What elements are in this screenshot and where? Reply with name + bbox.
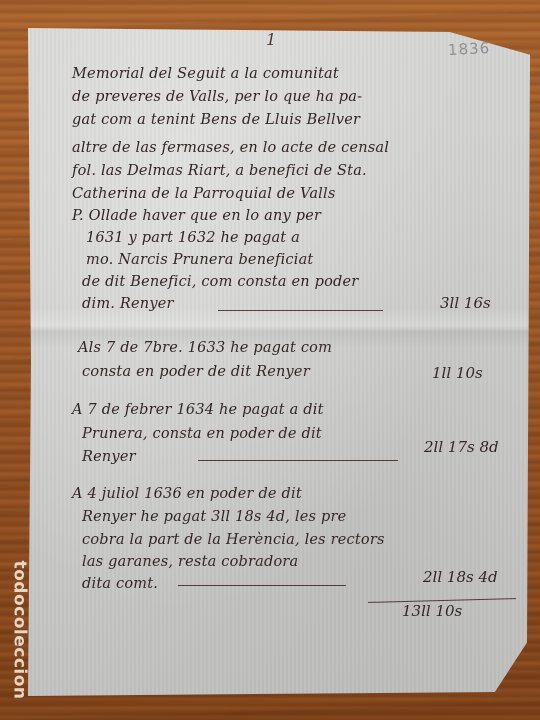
archive-pencil-number: 1836 (448, 39, 491, 59)
ledger-rule (178, 585, 346, 586)
manuscript-line: mo. Narcis Prunera beneficiat (86, 252, 313, 268)
manuscript-line: dita comt. (82, 576, 158, 592)
amount-value: 3ll 16s (440, 294, 491, 312)
manuscript-line: fol. las Delmas Riart, a benefici de Sta… (72, 163, 367, 179)
manuscript-line: cobra la part de la Herència, les rector… (82, 532, 385, 548)
amount-value: 2ll 17s 8d (424, 438, 499, 456)
amount-value: 1ll 10s (432, 364, 483, 382)
ledger-rule (198, 460, 398, 461)
todocoleccion-watermark: todocoleccion (9, 545, 31, 715)
manuscript-line: Renyer he pagat 3ll 18s 4d, les pre (82, 509, 346, 525)
manuscript-page: 1 1836 Memorial del Seguit a la comunita… (28, 28, 530, 696)
manuscript-line: P. Ollade haver que en lo any per (72, 208, 321, 224)
manuscript-line: Prunera, consta en poder de dit (82, 426, 322, 442)
manuscript-line: 1631 y part 1632 he pagat a (86, 230, 300, 246)
manuscript-line: de dit Benefici, com consta en poder (82, 274, 358, 290)
ledger-rule (218, 310, 383, 311)
total-amount: 13ll 10s (402, 602, 462, 620)
folio-mark: 1 (266, 30, 276, 49)
manuscript-line: Memorial del Seguit a la comunitat (72, 66, 339, 82)
manuscript-line: A 7 de febrer 1634 he pagat a dit (72, 402, 324, 418)
amount-value: 2ll 18s 4d (423, 568, 498, 586)
manuscript-line: de preveres de Valls, per lo que ha pa- (72, 89, 362, 105)
manuscript-line: Catherina de la Parroquial de Valls (72, 186, 335, 202)
manuscript-line: consta en poder de dit Renyer (82, 364, 310, 380)
manuscript-line: A 4 juliol 1636 en poder de dit (72, 486, 302, 502)
manuscript-line: Renyer (82, 449, 136, 465)
manuscript-line: Als 7 de 7bre. 1633 he pagat com (78, 340, 332, 356)
manuscript-line: dim. Renyer (82, 296, 174, 312)
watermark-text: todocoleccion (10, 560, 30, 699)
manuscript-line: altre de las fermases, en lo acte de cen… (72, 140, 389, 156)
manuscript-line: las garanes, resta cobradora (82, 554, 298, 570)
manuscript-line: gat com a tenint Bens de Lluis Bellver (72, 112, 360, 128)
